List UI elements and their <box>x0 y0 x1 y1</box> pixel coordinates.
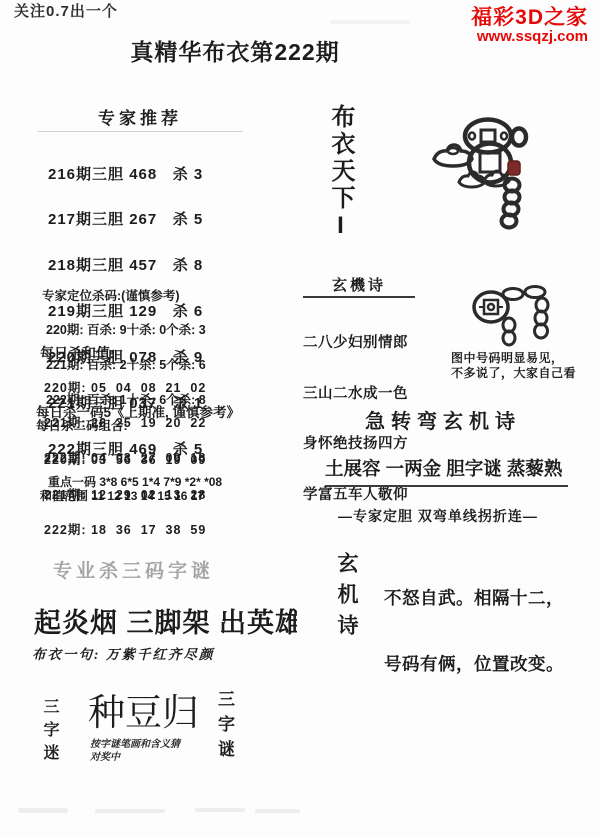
xuanji-poem-title: 玄機诗 <box>303 274 415 298</box>
coin-bead-chain-illustration-icon <box>458 277 573 349</box>
table-row: 218期三胆 457 杀 8 <box>48 258 203 273</box>
note-line: 对奖中 <box>90 751 180 764</box>
three-char-riddle-left-label: 三字迷 <box>38 698 61 767</box>
table-row: 222期: 18 36 17 38 59 <box>44 525 206 537</box>
buyi-sentence: 布衣一句: 万紫千红齐尽颜 <box>32 643 214 663</box>
scan-smudge <box>195 808 245 812</box>
note-line: 按字谜笔画和含义猜 <box>90 738 180 751</box>
poem-line: 三山二水成一色 <box>303 386 415 403</box>
three-char-riddle-note: 按字谜笔画和含义猜 对奖中 <box>90 738 180 764</box>
sum-range-line: 和值范围 11 12 13 14 15 16 17 <box>40 487 204 504</box>
illustration-caption: 图中号码明显易见， 不多说了，大家自己看 <box>451 351 576 381</box>
sharp-turn-note: —专家定胆 双弯单线拐折连— <box>338 506 538 526</box>
scan-smudge <box>255 809 300 813</box>
sharp-turn-phrase: 土展容 一两金 胆字谜 蒸藜熟 <box>325 455 568 487</box>
poem-line: 学富五车人敬仰 <box>303 487 415 504</box>
table-row: 220期: 05 04 08 21 02 <box>44 383 206 395</box>
page-title: 真精华布衣第222期 <box>0 34 470 67</box>
scan-smudge <box>18 808 68 813</box>
buyi-tianxia-title: 布衣天下I <box>323 104 358 242</box>
site-logo: 福彩3D之家 www.ssqzj.com <box>471 6 588 46</box>
caption-line: 图中号码明显易见， <box>451 351 576 366</box>
sharp-turn-title: 急转弯玄机诗 <box>365 405 521 434</box>
corner-note: 关注0.7出一个 <box>14 0 118 21</box>
site-logo-name: 福彩3D之家 <box>471 6 588 29</box>
site-logo-url: www.ssqzj.com <box>471 29 588 46</box>
lottery-sheet-page: 关注0.7出一个 真精华布衣第222期 福彩3D之家 www.ssqzj.com… <box>0 0 600 838</box>
scan-smudge <box>330 20 410 24</box>
three-char-riddle-answer: 种豆归 <box>88 682 199 736</box>
table-row: 220期: 百杀: 9十杀: 0个杀: 3 <box>46 325 206 337</box>
mystery-poem-vertical-title: 玄机诗 <box>331 552 361 645</box>
expert-recommend-title: 专家推荐 <box>98 104 182 129</box>
kill-three-riddle-phrase: 起炎烟 三脚架 出英雄 <box>34 601 297 640</box>
three-char-riddle-right-label: 三字谜 <box>212 690 237 765</box>
kill-three-riddle-title: 专业杀三码字谜 <box>53 556 214 583</box>
poem-line: 不怒自武。相隔十二， <box>384 587 564 609</box>
divider <box>38 131 243 132</box>
poem-line: 号码有俩，位置改变。 <box>384 653 564 675</box>
table-row: 220期: 03 56 36 19 09 <box>44 455 206 467</box>
table-row: 217期三胆 267 杀 5 <box>48 212 203 227</box>
poem-line: 身怀绝技扬四方 <box>303 436 415 453</box>
caption-line: 不多说了，大家自己看 <box>451 366 576 381</box>
mystery-poem-text: 不怒自武。相隔十二， 号码有俩，位置改变。 <box>384 543 564 719</box>
scan-smudge <box>95 809 165 813</box>
poem-line: 二八少妇别情郎 <box>303 335 415 352</box>
table-row: 216期三胆 468 杀 3 <box>48 167 203 182</box>
coins-and-ingots-illustration-icon <box>420 105 550 245</box>
